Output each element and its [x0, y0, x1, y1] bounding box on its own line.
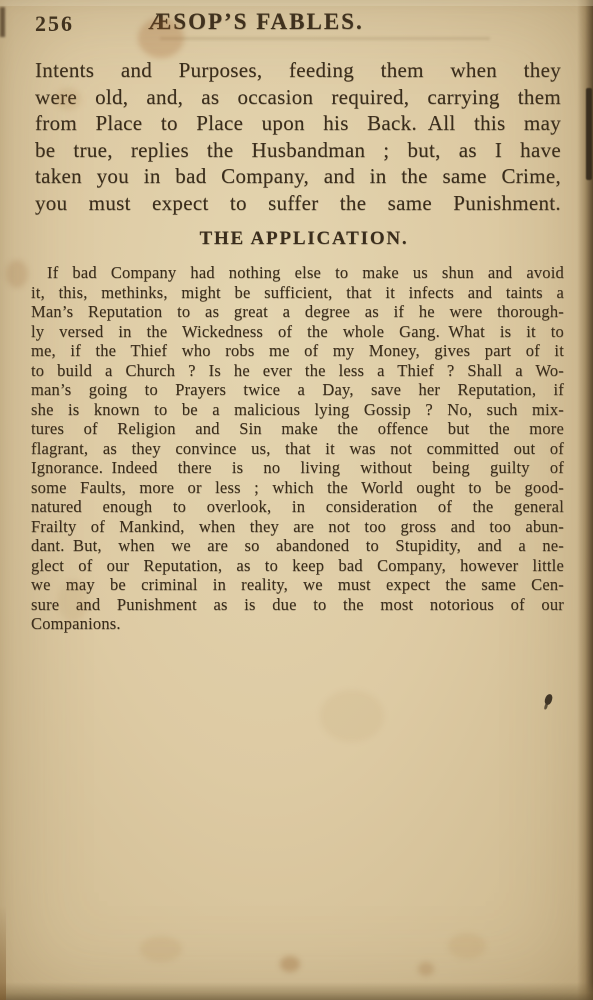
text-line: Intents and Purposes, feeding them when … [35, 57, 561, 84]
paper-stain [418, 962, 434, 976]
text-line: you must expect to suffer the same Punis… [35, 190, 561, 217]
paper-stain [280, 956, 300, 972]
book-left-edge [0, 905, 6, 1000]
text-line: man’s going to Prayers twice a Day, save… [31, 380, 564, 400]
page-number: 256 [35, 11, 74, 37]
text-line: be true, replies the Husbandman ; but, a… [35, 137, 561, 164]
text-line: Ignorance. Indeed there is no living wit… [31, 458, 564, 478]
page-top-highlight [0, 0, 593, 6]
header-rule [160, 37, 490, 40]
text-line: flagrant, as they convince us, that it w… [31, 439, 564, 459]
text-line: Frailty of Mankind, when they are not to… [31, 517, 564, 537]
text-line: Man’s Reputation to as great a degree as… [31, 302, 564, 322]
text-line: it, this, methinks, might be sufficient,… [31, 283, 564, 303]
text-line: glect of our Reputation, as to keep bad … [31, 556, 564, 576]
running-title: ÆSOP’S FABLES. [148, 9, 363, 35]
text-line: ly versed in the Wickedness of the whole… [31, 322, 564, 342]
book-left-edge-mark [0, 7, 5, 37]
ink-speck [544, 693, 553, 705]
paper-stain [448, 933, 486, 959]
application-heading: THE APPLICATION. [200, 228, 409, 250]
text-line: dant. But, when we are so abandoned to S… [31, 536, 564, 556]
text-line: some Faults, more or less ; which the Wo… [31, 478, 564, 498]
text-line: me, if the Thief who robs me of my Money… [31, 341, 564, 361]
text-line: sure and Punishment as is due to the mos… [31, 595, 564, 615]
application-paragraph: If bad Company had nothing else to make … [31, 263, 564, 634]
text-line: taken you in bad Company, and in the sam… [35, 163, 561, 190]
text-line: to build a Church ? Is he ever the less … [31, 361, 564, 381]
text-line: tures of Religion and Sin make the offen… [31, 419, 564, 439]
book-bottom-edge [0, 982, 593, 1000]
book-page: 256 ÆSOP’S FABLES. Intents and Purposes,… [0, 0, 593, 1000]
text-line: were old, and, as occasion required, car… [35, 84, 561, 111]
text-line: we may be criminal in reality, we must e… [31, 575, 564, 595]
text-line: natured enough to overlook, in considera… [31, 497, 564, 517]
paper-stain [140, 936, 182, 962]
paper-stain [6, 260, 28, 288]
paper-stain [320, 690, 384, 742]
text-line: Companions. [31, 614, 564, 634]
book-edge-dark-mark [586, 88, 592, 180]
text-line: from Place to Place upon his Back. All t… [35, 110, 561, 137]
fable-ending-paragraph: Intents and Purposes, feeding them when … [35, 57, 561, 216]
text-line: she is known to be a malicious lying Gos… [31, 400, 564, 420]
text-line: If bad Company had nothing else to make … [31, 263, 564, 283]
